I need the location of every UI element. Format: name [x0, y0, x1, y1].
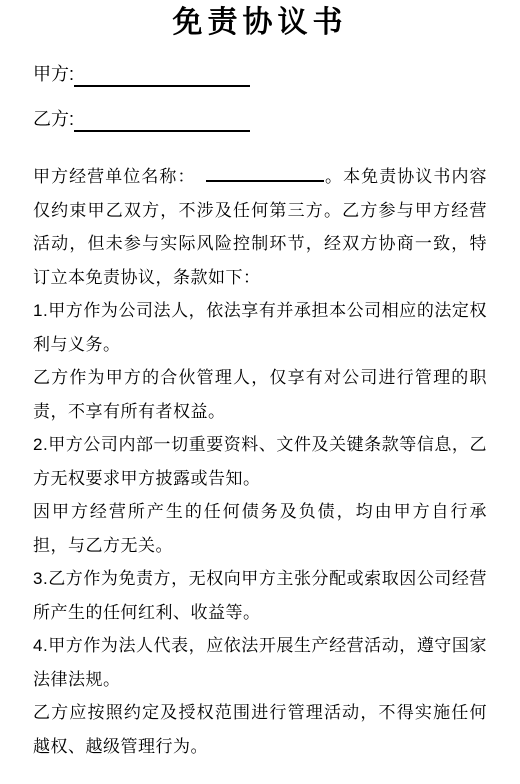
document-title: 免责协议书	[33, 4, 487, 42]
party-block: 甲方: 乙方:	[33, 62, 487, 132]
clause-4: 4.甲方作为法人代表，应依法开展生产经营活动，遵守国家法律法规。	[33, 629, 487, 696]
clause-4-sub: 乙方应按照约定及授权范围进行管理活动，不得实施任何越权、越级管理行为。	[33, 696, 487, 763]
clause-2: 2.甲方公司内部一切重要资料、文件及关键条款等信息，乙方无权要求甲方披露或告知。	[33, 428, 487, 495]
party-b-blank-line[interactable]	[74, 109, 250, 132]
clause-1-sub: 乙方作为甲方的合伙管理人，仅享有对公司进行管理的职责，不享有所有者权益。	[33, 361, 487, 428]
clause-3: 3.乙方作为免责方，无权向甲方主张分配或索取因公司经营所产生的任何红利、收益等。	[33, 562, 487, 629]
intro-paragraph: 甲方经营单位名称：。本免责协议书内容仅约束甲乙双方，不涉及任何第三方。乙方参与甲…	[33, 160, 487, 294]
clause-2-sub: 因甲方经营所产生的任何债务及负债，均由甲方自行承担，与乙方无关。	[33, 495, 487, 562]
clause-1: 1.甲方作为公司法人，依法享有并承担本公司相应的法定权利与义务。	[33, 294, 487, 361]
intro-prefix: 甲方经营单位名称：	[33, 167, 196, 186]
company-name-blank-line[interactable]	[206, 163, 324, 182]
party-a-line: 甲方:	[33, 62, 487, 87]
party-b-label: 乙方:	[33, 107, 74, 132]
document-page: 免责协议书 甲方: 乙方: 甲方经营单位名称：。本免责协议书内容仅约束甲乙双方，…	[0, 0, 520, 784]
party-b-line: 乙方:	[33, 107, 487, 132]
document-body: 甲方经营单位名称：。本免责协议书内容仅约束甲乙双方，不涉及任何第三方。乙方参与甲…	[33, 160, 487, 763]
party-a-label: 甲方:	[33, 62, 74, 87]
party-a-blank-line[interactable]	[74, 64, 250, 87]
